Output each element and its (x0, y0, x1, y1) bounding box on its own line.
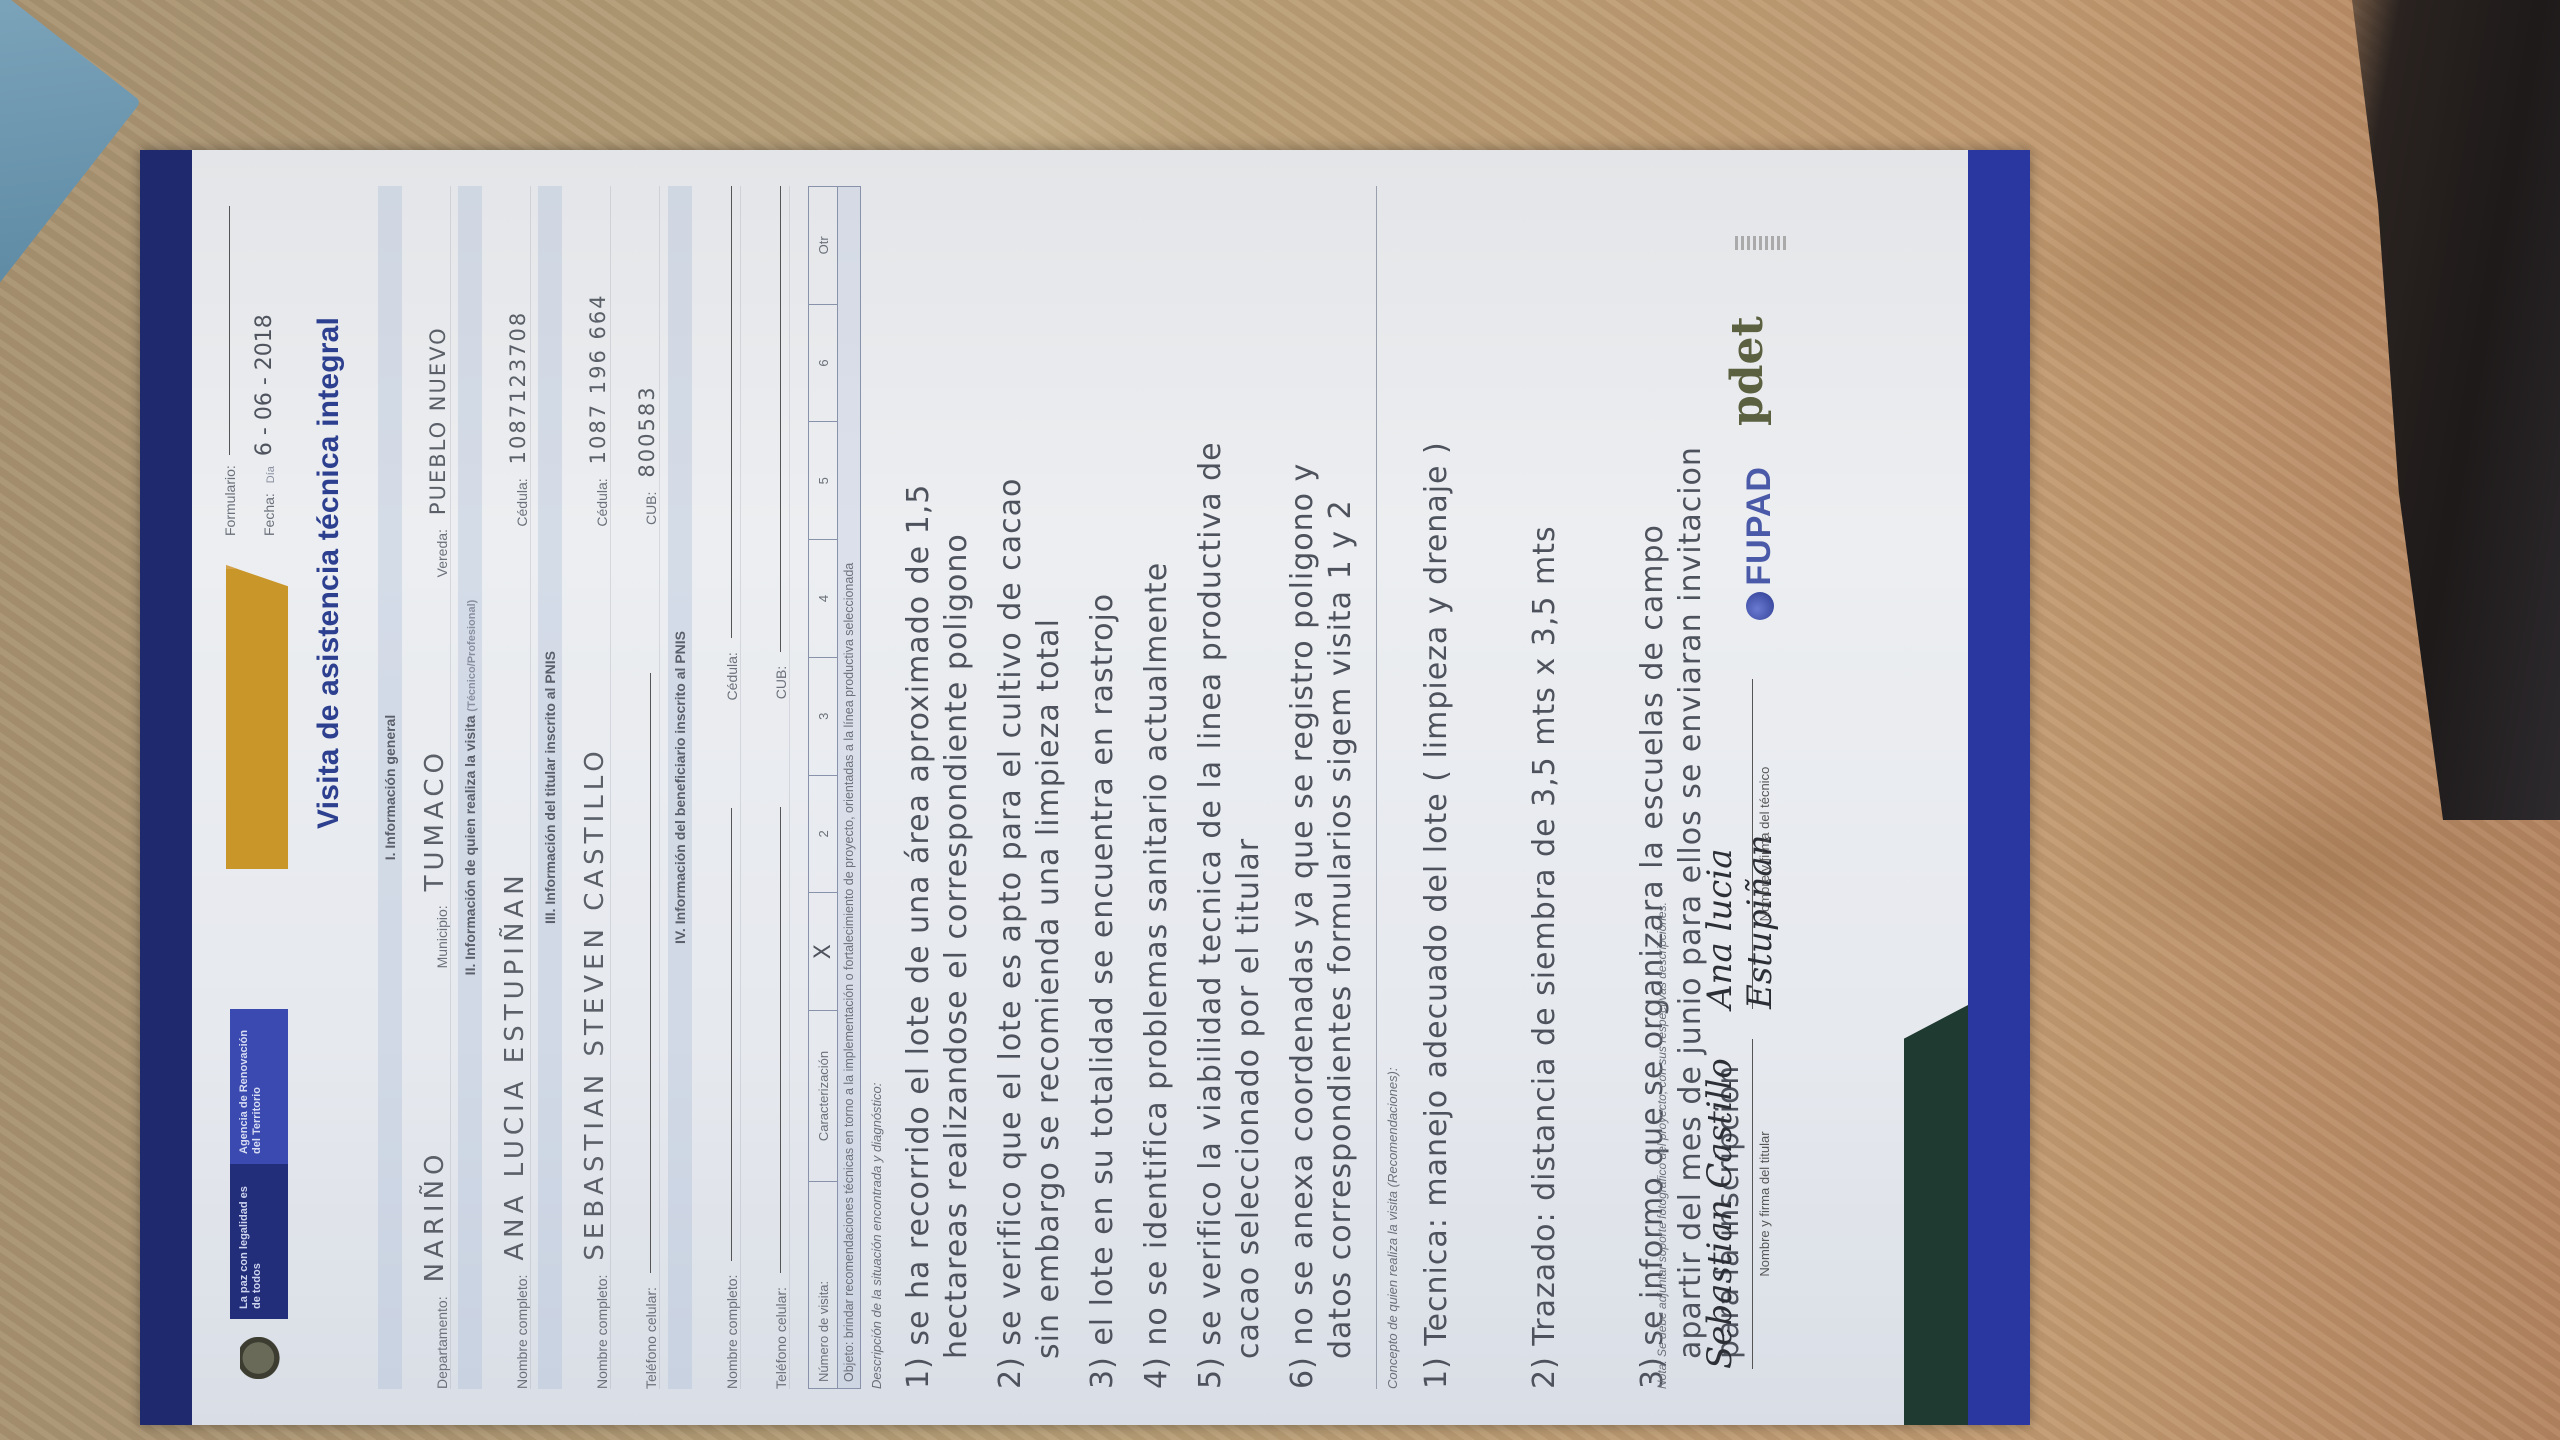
titular-cub-label: CUB: (643, 492, 659, 525)
tecnico-nombre-label: Nombre completo: (514, 1275, 530, 1389)
tecnico-cedula-value: 1087123708 (506, 311, 530, 465)
visit-cell-6: 6 (809, 304, 837, 422)
tecnico-signature: Ana lucia Estupiñan (1700, 679, 1750, 1009)
signature-area: Sebastian Castillo Nombre y firma del ti… (1700, 186, 1880, 1389)
visit-number-label: Número de visita: (809, 1181, 837, 1388)
handwritten-line: 5) se verifico la viabilidad tecnica de … (1192, 186, 1230, 1389)
visit-cell-other: Otr (809, 187, 837, 304)
section-title: I. Información general (378, 186, 402, 1389)
section-beneficiario-info: IV. Información del beneficiario inscrit… (668, 186, 790, 1389)
titular-nombre-label: Nombre completo: (594, 1275, 610, 1389)
fecha-label: Fecha: (261, 493, 277, 536)
titular-signature-caption: Nombre y firma del titular (1757, 1039, 1772, 1369)
vereda-value: PUEBLO NUEVO (426, 326, 450, 515)
section-titular-info: III. Información del titular inscrito al… (538, 186, 660, 1389)
visit-cell-3: 3 (809, 657, 837, 775)
formulario-line (229, 206, 230, 455)
titular-cedula-value: 1087 196 664 (586, 293, 610, 464)
handwritten-line: hectareas realizandose el correspondient… (938, 186, 976, 1389)
handwritten-line: sin embargo se recomienda una limpieza t… (1030, 186, 1068, 1389)
visit-number-row: Número de visita: Caracterización X 2 3 … (808, 186, 838, 1389)
visit-cell-2: 2 (809, 775, 837, 893)
pnis-logo (226, 565, 288, 869)
beneficiario-nombre-line (731, 808, 732, 1260)
handwritten-item: 2) se verifico que el lote es apto para … (992, 186, 1068, 1389)
tecnico-nombre-value: ANA LUCIA ESTUPIÑAN (500, 541, 530, 1261)
visit-cell-5: 5 (809, 421, 837, 539)
section-divider (1376, 186, 1377, 1389)
titular-telefono-line (650, 673, 651, 1273)
pdet-logo: pdet (1722, 246, 1792, 426)
handwritten-line: 2) se verifico que el lote es apto para … (992, 186, 1030, 1389)
handwritten-line: datos correspondientes formularios sigem… (1322, 186, 1360, 1389)
beneficiario-cub-label: CUB: (773, 666, 789, 699)
footer-green-band (1904, 1005, 1968, 1425)
handwritten-line: 1) se ha recorrido el lote de una área a… (900, 186, 938, 1389)
handwritten-line: 2) Trazado: distancia de siembra de 3,5 … (1526, 186, 1564, 1389)
form-header: La paz con legalidad es de todos Agencia… (210, 186, 360, 1389)
form-page: La paz con legalidad es de todos Agencia… (140, 150, 2030, 1425)
handwritten-line: 6) no se anexa coordenadas ya que se reg… (1284, 186, 1322, 1389)
fupad-logo: FUPAD (1740, 466, 1779, 620)
top-color-band (140, 150, 192, 1425)
description-label: Descripción de la situación encontrada y… (869, 186, 884, 1389)
handwritten-item: 4) no se identifica problemas sanitario … (1138, 186, 1176, 1389)
beneficiario-cedula-label: Cédula: (724, 652, 740, 700)
titular-nombre-value: SEBASTIAN STEVEN CASTILLO (580, 541, 610, 1261)
tecnico-signature-block: Ana lucia Estupiñan Nombre y firma del t… (1700, 679, 1772, 1009)
visit-objective: Objeto: brindar recomendaciones técnicas… (838, 186, 861, 1389)
beneficiario-telefono-line (780, 807, 781, 1273)
vereda-label: Vereda: (434, 529, 450, 577)
departamento-value: NARIÑO (420, 982, 450, 1282)
titular-cedula-label: Cédula: (594, 478, 610, 526)
visit-cell-1: X (809, 892, 837, 1010)
section-title: IV. Información del beneficiario inscrit… (668, 186, 692, 1389)
government-logo: La paz con legalidad es de todos Agencia… (230, 1009, 288, 1319)
concept-label: Concepto de quien realiza la visita (Rec… (1385, 186, 1400, 1389)
handwritten-line: cacao seleccionado por el titular (1230, 186, 1268, 1389)
bottom-color-band (1968, 150, 2030, 1425)
fecha-day-label: Día (265, 466, 277, 483)
titular-signature: Sebastian Castillo (1700, 1039, 1750, 1369)
document-photo: La paz con legalidad es de todos Agencia… (140, 150, 2030, 1425)
caracterizacion-label: Caracterización (809, 1010, 837, 1181)
photo-note: Nota: Se debe adjuntar soporte fotográfi… (1655, 902, 1669, 1389)
handwritten-item: 5) se verifico la viabilidad tecnica de … (1192, 186, 1268, 1389)
visit-cell-4: 4 (809, 539, 837, 657)
titular-cub-value: 800583 (635, 385, 659, 477)
municipio-value: TUMACO (420, 591, 450, 891)
titular-signature-block: Sebastian Castillo Nombre y firma del ti… (1700, 1039, 1772, 1369)
section-title: II. Información de quien realiza la visi… (458, 186, 482, 1389)
departamento-label: Departamento: (434, 1296, 450, 1389)
handwritten-item: 2) Trazado: distancia de siembra de 3,5 … (1526, 186, 1564, 1389)
section-general-info: I. Información general Departamento: NAR… (378, 186, 451, 1389)
coat-of-arms-icon (240, 1337, 286, 1379)
globe-icon (1746, 592, 1774, 620)
section-title: III. Información del titular inscrito al… (538, 186, 562, 1389)
municipio-label: Municipio: (434, 905, 450, 968)
handwritten-line: 3) el lote en su totalidad se encuentra … (1084, 186, 1122, 1389)
handwritten-item: 6) no se anexa coordenadas ya que se reg… (1284, 186, 1360, 1389)
concept-list: 1) Tecnica: manejo adecuado del lote ( l… (1418, 186, 1748, 1389)
handwritten-line: 1) Tecnica: manejo adecuado del lote ( l… (1418, 186, 1456, 1389)
gov-slogan: La paz con legalidad es de todos (230, 1164, 288, 1319)
agency-name: Agencia de Renovación del Territorio (230, 1009, 288, 1164)
handwritten-line: 4) no se identifica problemas sanitario … (1138, 186, 1176, 1389)
description-list: 1) se ha recorrido el lote de una área a… (900, 186, 1360, 1389)
handwritten-item: 1) Tecnica: manejo adecuado del lote ( l… (1418, 186, 1456, 1389)
handwritten-item: 1) se ha recorrido el lote de una área a… (900, 186, 976, 1389)
beneficiario-nombre-label: Nombre completo: (724, 1275, 740, 1389)
formulario-label: Formulario: (222, 465, 238, 536)
beneficiario-cub-line (780, 186, 781, 652)
beneficiario-telefono-label: Teléfono celular: (773, 1287, 789, 1389)
titular-telefono-label: Teléfono celular: (643, 1287, 659, 1389)
form-meta: Formulario: Fecha: Día 6 - 06 - 2018 (222, 206, 291, 536)
section-visitor-info: II. Información de quien realiza la visi… (458, 186, 531, 1389)
fecha-value: 6 - 06 - 2018 (252, 314, 277, 456)
handwritten-item: 3) el lote en su totalidad se encuentra … (1084, 186, 1122, 1389)
page-title: Visita de asistencia técnica integral (312, 317, 346, 829)
visit-info: Número de visita: Caracterización X 2 3 … (798, 186, 1748, 1389)
tecnico-cedula-label: Cédula: (514, 478, 530, 526)
beneficiario-cedula-line (731, 186, 732, 638)
